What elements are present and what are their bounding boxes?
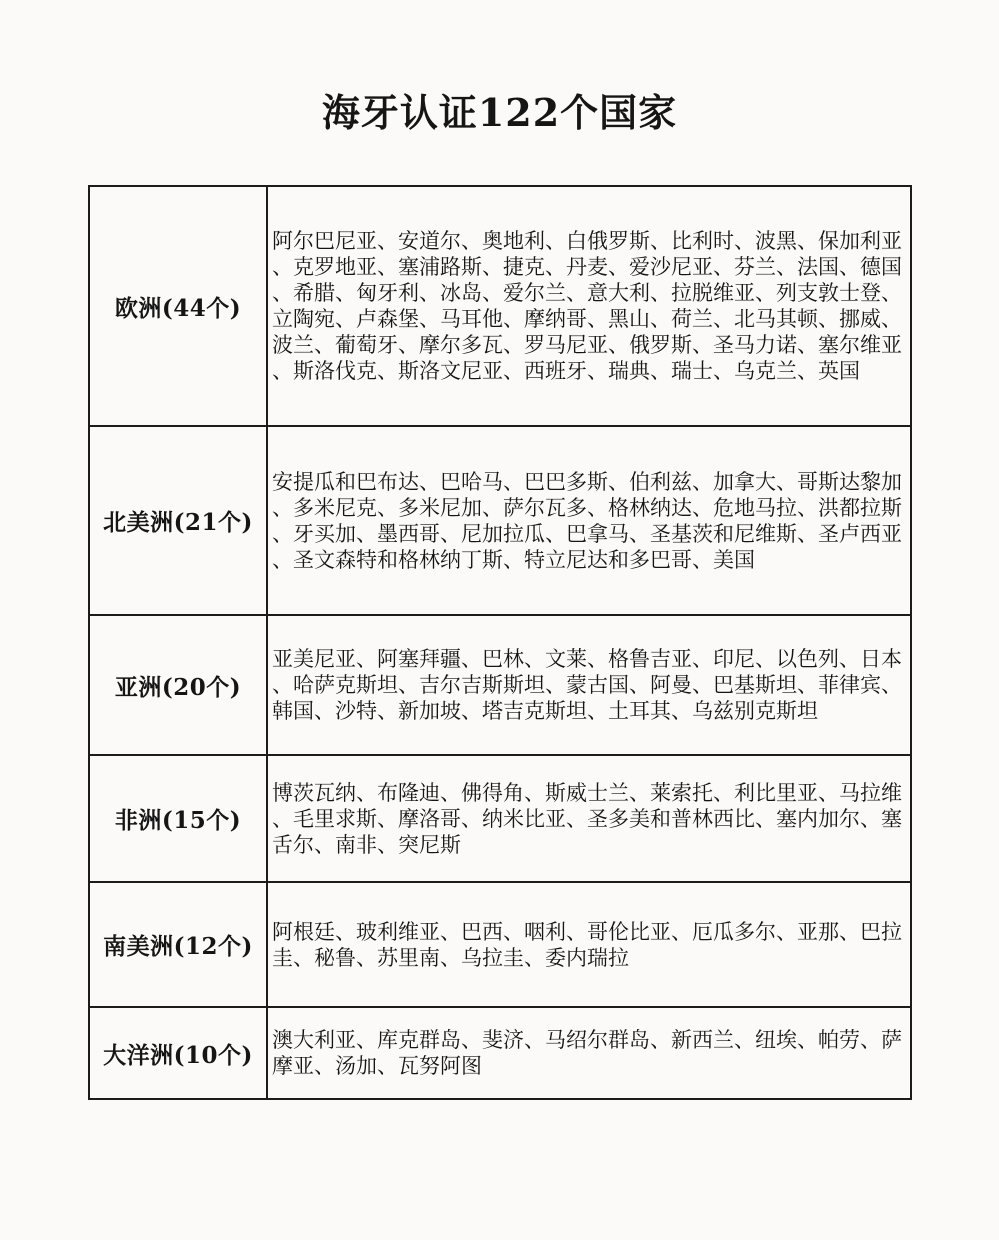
continent-label-south-america: 南美洲(12个)	[90, 883, 268, 1006]
page: 海牙认证122个国家 欧洲(44个) 阿尔巴尼亚、安道尔、奥地利、白俄罗斯、比利…	[0, 0, 999, 1240]
table-row: 大洋洲(10个) 澳大利亚、库克群岛、斐济、马绍尔群岛、新西兰、纽埃、帕劳、萨 …	[90, 1008, 910, 1098]
countries-text-line: 立陶宛、卢森堡、马耳他、摩纳哥、黑山、荷兰、北马其顿、挪威、	[272, 306, 907, 332]
countries-text-line: 亚美尼亚、阿塞拜疆、巴林、文莱、格鲁吉亚、印尼、以色列、日本	[272, 646, 907, 672]
countries-cell-europe: 阿尔巴尼亚、安道尔、奥地利、白俄罗斯、比利时、波黑、保加利亚 、克罗地亚、塞浦路…	[268, 187, 910, 425]
table-row: 欧洲(44个) 阿尔巴尼亚、安道尔、奥地利、白俄罗斯、比利时、波黑、保加利亚 、…	[90, 187, 910, 427]
countries-text-line: 舌尔、南非、突尼斯	[272, 832, 907, 858]
countries-cell-asia: 亚美尼亚、阿塞拜疆、巴林、文莱、格鲁吉亚、印尼、以色列、日本 、哈萨克斯坦、吉尔…	[268, 616, 910, 754]
countries-cell-south-america: 阿根廷、玻利维亚、巴西、咽利、哥伦比亚、厄瓜多尔、亚那、巴拉 圭、秘鲁、苏里南、…	[268, 883, 910, 1006]
countries-text-line: 、克罗地亚、塞浦路斯、捷克、丹麦、爱沙尼亚、芬兰、法国、德国	[272, 254, 907, 280]
continent-label-europe: 欧洲(44个)	[90, 187, 268, 425]
countries-text-line: 波兰、葡萄牙、摩尔多瓦、罗马尼亚、俄罗斯、圣马力诺、塞尔维亚	[272, 332, 907, 358]
countries-text-line: 、希腊、匈牙利、冰岛、爱尔兰、意大利、拉脱维亚、列支敦士登、	[272, 280, 907, 306]
countries-text-line: 、圣文森特和格林纳丁斯、特立尼达和多巴哥、美国	[272, 547, 907, 573]
countries-text-line: 博茨瓦纳、布隆迪、佛得角、斯威士兰、莱索托、利比里亚、马拉维	[272, 780, 907, 806]
countries-text-line: 、哈萨克斯坦、吉尔吉斯斯坦、蒙古国、阿曼、巴基斯坦、菲律宾、	[272, 672, 907, 698]
table-row: 非洲(15个) 博茨瓦纳、布隆迪、佛得角、斯威士兰、莱索托、利比里亚、马拉维 、…	[90, 756, 910, 883]
continent-label-asia: 亚洲(20个)	[90, 616, 268, 754]
countries-table: 欧洲(44个) 阿尔巴尼亚、安道尔、奥地利、白俄罗斯、比利时、波黑、保加利亚 、…	[88, 185, 912, 1100]
countries-text-line: 阿尔巴尼亚、安道尔、奥地利、白俄罗斯、比利时、波黑、保加利亚	[272, 228, 907, 254]
table-row: 南美洲(12个) 阿根廷、玻利维亚、巴西、咽利、哥伦比亚、厄瓜多尔、亚那、巴拉 …	[90, 883, 910, 1008]
table-row: 亚洲(20个) 亚美尼亚、阿塞拜疆、巴林、文莱、格鲁吉亚、印尼、以色列、日本 、…	[90, 616, 910, 756]
page-title: 海牙认证122个国家	[0, 82, 999, 137]
table-row: 北美洲(21个) 安提瓜和巴布达、巴哈马、巴巴多斯、伯利兹、加拿大、哥斯达黎加 …	[90, 427, 910, 616]
countries-text-line: 摩亚、汤加、瓦努阿图	[272, 1053, 907, 1079]
countries-text-line: 、牙买加、墨西哥、尼加拉瓜、巴拿马、圣基茨和尼维斯、圣卢西亚	[272, 521, 907, 547]
countries-text-line: 、斯洛伐克、斯洛文尼亚、西班牙、瑞典、瑞士、乌克兰、英国	[272, 358, 907, 384]
continent-label-north-america: 北美洲(21个)	[90, 427, 268, 614]
countries-cell-africa: 博茨瓦纳、布隆迪、佛得角、斯威士兰、莱索托、利比里亚、马拉维 、毛里求斯、摩洛哥…	[268, 756, 910, 881]
continent-label-africa: 非洲(15个)	[90, 756, 268, 881]
countries-text-line: 圭、秘鲁、苏里南、乌拉圭、委内瑞拉	[272, 945, 907, 971]
countries-cell-oceania: 澳大利亚、库克群岛、斐济、马绍尔群岛、新西兰、纽埃、帕劳、萨 摩亚、汤加、瓦努阿…	[268, 1008, 910, 1098]
countries-text-line: 、毛里求斯、摩洛哥、纳米比亚、圣多美和普林西比、塞内加尔、塞	[272, 806, 907, 832]
continent-label-oceania: 大洋洲(10个)	[90, 1008, 268, 1098]
countries-text-line: 韩国、沙特、新加坡、塔吉克斯坦、土耳其、乌兹别克斯坦	[272, 698, 907, 724]
countries-text-line: 澳大利亚、库克群岛、斐济、马绍尔群岛、新西兰、纽埃、帕劳、萨	[272, 1027, 907, 1053]
countries-text-line: 阿根廷、玻利维亚、巴西、咽利、哥伦比亚、厄瓜多尔、亚那、巴拉	[272, 919, 907, 945]
countries-text-line: 、多米尼克、多米尼加、萨尔瓦多、格林纳达、危地马拉、洪都拉斯	[272, 495, 907, 521]
countries-cell-north-america: 安提瓜和巴布达、巴哈马、巴巴多斯、伯利兹、加拿大、哥斯达黎加 、多米尼克、多米尼…	[268, 427, 910, 614]
countries-text-line: 安提瓜和巴布达、巴哈马、巴巴多斯、伯利兹、加拿大、哥斯达黎加	[272, 469, 907, 495]
